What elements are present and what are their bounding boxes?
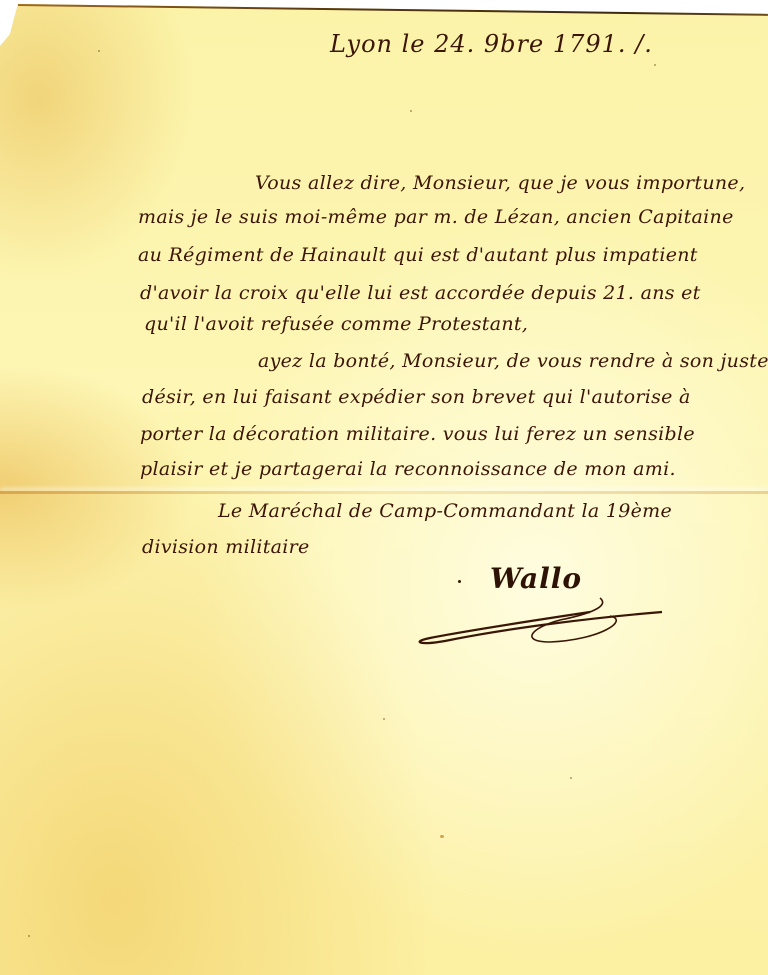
paper-speck — [440, 835, 444, 838]
letter-line-9: plaisir et je partagerai la reconnoissan… — [140, 458, 676, 480]
letter-line-5: qu'il l'avoit refusée comme Protestant, — [144, 313, 528, 335]
letter-line-1: Vous allez dire, Monsieur, que je vous i… — [255, 172, 745, 194]
paper-speck — [28, 935, 30, 937]
paper-speck — [570, 777, 572, 779]
ink-dot — [458, 580, 461, 583]
paper-speck — [654, 64, 656, 66]
paper-speck — [410, 110, 412, 112]
letter-line-6: ayez la bonté, Monsieur, de vous rendre … — [258, 350, 768, 372]
letter-line-2: mais je le suis moi-même par m. de Lézan… — [138, 206, 734, 228]
closing-division-line: division militaire — [142, 536, 310, 558]
closing-title-line: Le Maréchal de Camp-Commandant la 19ème — [218, 500, 672, 522]
letter-line-7: désir, en lui faisant expédier son breve… — [142, 386, 691, 408]
letter-page — [0, 0, 768, 975]
dateline: Lyon le 24. 9bre 1791. /. — [330, 30, 653, 58]
letter-line-8: porter la décoration militaire. vous lui… — [140, 423, 695, 445]
paper-fold-line — [0, 491, 768, 494]
paper-speck — [98, 50, 100, 52]
signature-flourish-icon — [410, 590, 670, 650]
letter-line-3: au Régiment de Hainault qui est d'autant… — [138, 244, 698, 266]
paper-speck — [383, 718, 385, 720]
letter-line-4: d'avoir la croix qu'elle lui est accordé… — [140, 282, 701, 304]
